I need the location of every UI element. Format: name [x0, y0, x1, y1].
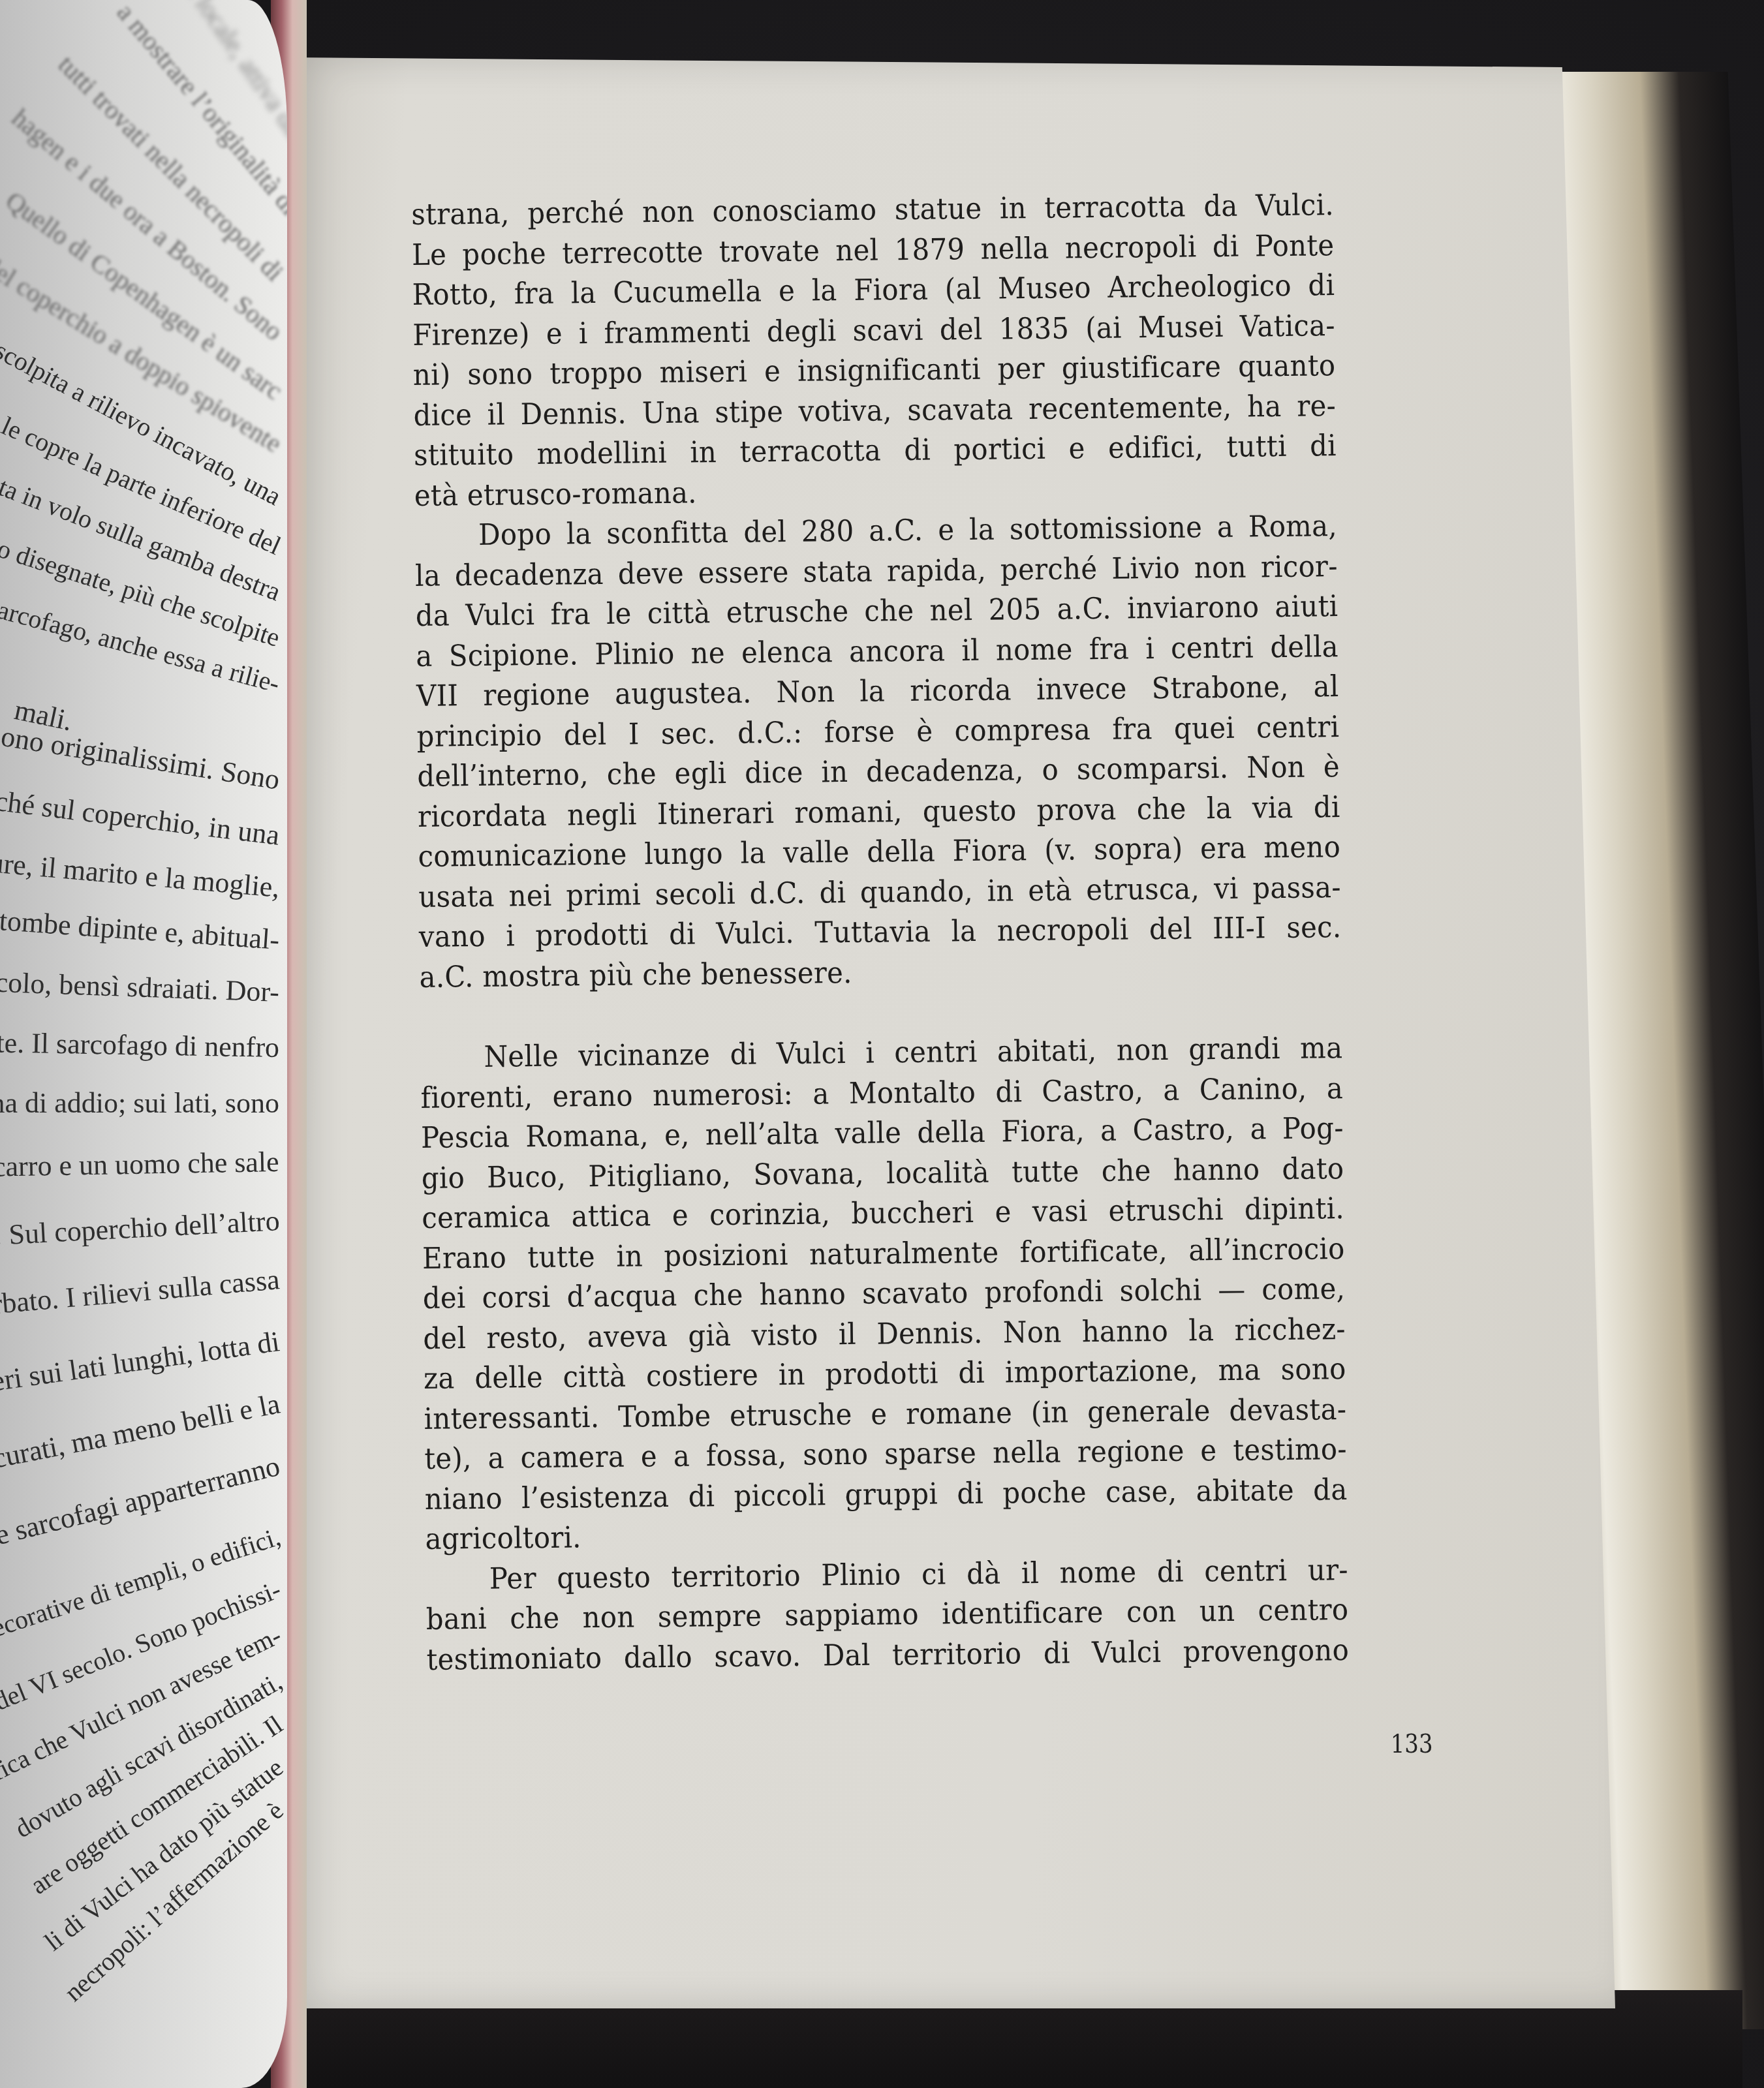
left-page: sarcofagi, quasi tutti di una scuola loc… — [0, 0, 287, 2088]
left-text-line: è barbato. I rilievi sulla cassa — [0, 1263, 281, 1325]
left-text-line: valieri sui lati lunghi, lotta di — [0, 1325, 282, 1404]
left-text-line: u un carro e un uomo che sale — [0, 1145, 279, 1184]
left-text-line: a morte. Il sarcofago di nenfro — [0, 1025, 279, 1064]
left-text-line: l IV secolo, bensì sdraiati. Dor- — [0, 963, 280, 1009]
body-text: strana, perché non conosciamo statue in … — [411, 185, 1349, 1680]
left-text-line: lto alta. Sul coperchio dell’altro — [0, 1204, 280, 1256]
page-number: 133 — [1391, 1729, 1433, 1759]
left-text-line: a scena di addio; sui lati, sono — [0, 1086, 279, 1120]
left-text-line: due figure, il marito e la moglie, — [0, 838, 281, 904]
left-text-line: e nelle tombe dipinte e, abitual- — [0, 898, 281, 957]
photo-scene: strana, perché non conosciamo statue in … — [0, 0, 1764, 2088]
right-page: strana, perché non conosciamo statue in … — [290, 57, 1615, 2008]
